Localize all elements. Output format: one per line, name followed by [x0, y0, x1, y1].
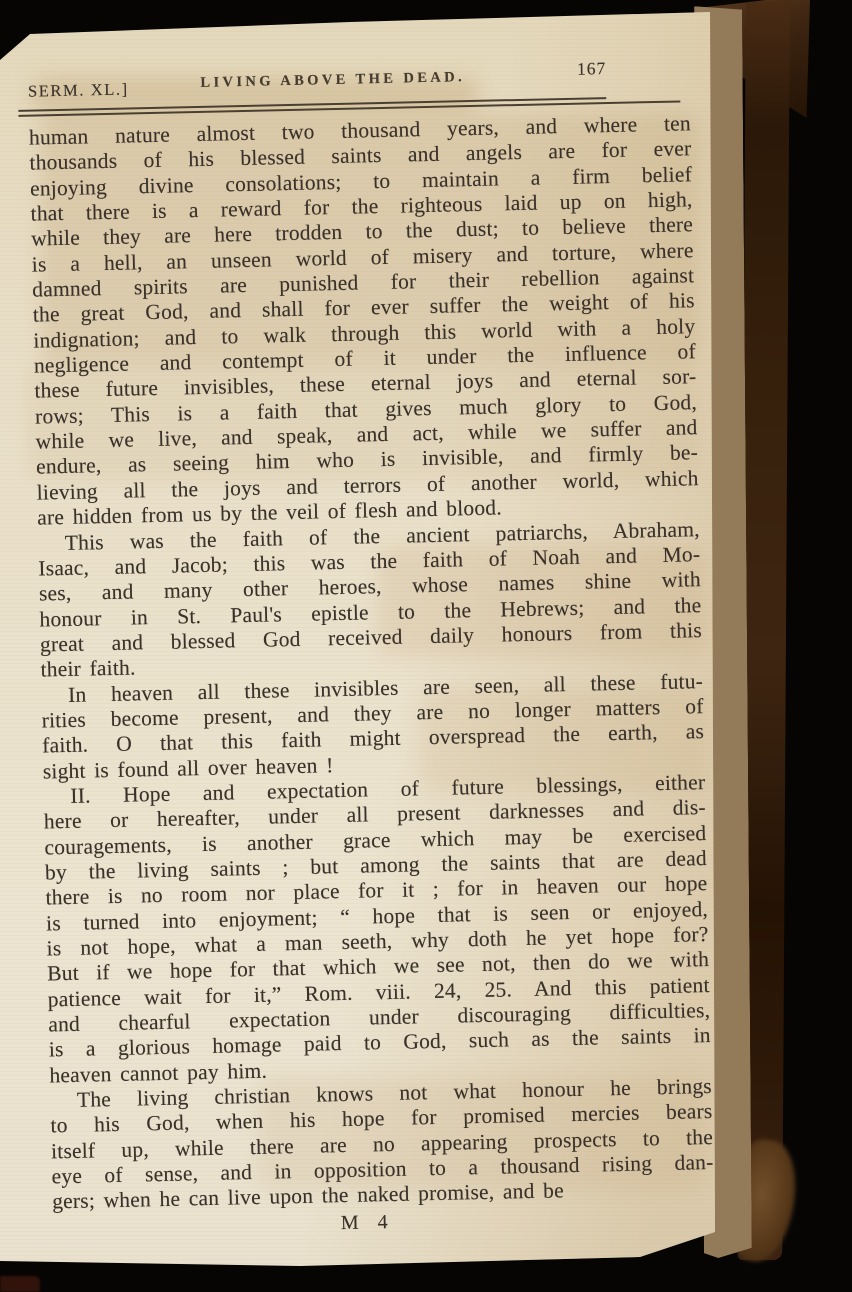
paragraph: human nature almost two thousand years, … [29, 111, 700, 531]
page-content: SERM. XL.] LIVING ABOVE THE DEAD. 167 hu… [0, 0, 729, 1242]
book-page: SERM. XL.] LIVING ABOVE THE DEAD. 167 hu… [0, 0, 716, 1292]
running-header-section: SERM. XL.] [28, 79, 129, 101]
cover-bottom-sliver [0, 1276, 40, 1292]
running-header-title: LIVING ABOVE THE DEAD. [163, 68, 503, 92]
page-number: 167 [555, 58, 627, 81]
paragraph: In heaven all these invisibles are seen,… [41, 669, 705, 785]
text-body: human nature almost two thousand years, … [29, 111, 715, 1215]
photo-background: SERM. XL.] LIVING ABOVE THE DEAD. 167 hu… [0, 0, 852, 1292]
paragraph: The living christian knows not what hono… [50, 1074, 715, 1215]
paragraph: This was the faith of the ancient patria… [38, 517, 703, 683]
paragraph: II. Hope and expectation of future bless… [43, 770, 711, 1088]
